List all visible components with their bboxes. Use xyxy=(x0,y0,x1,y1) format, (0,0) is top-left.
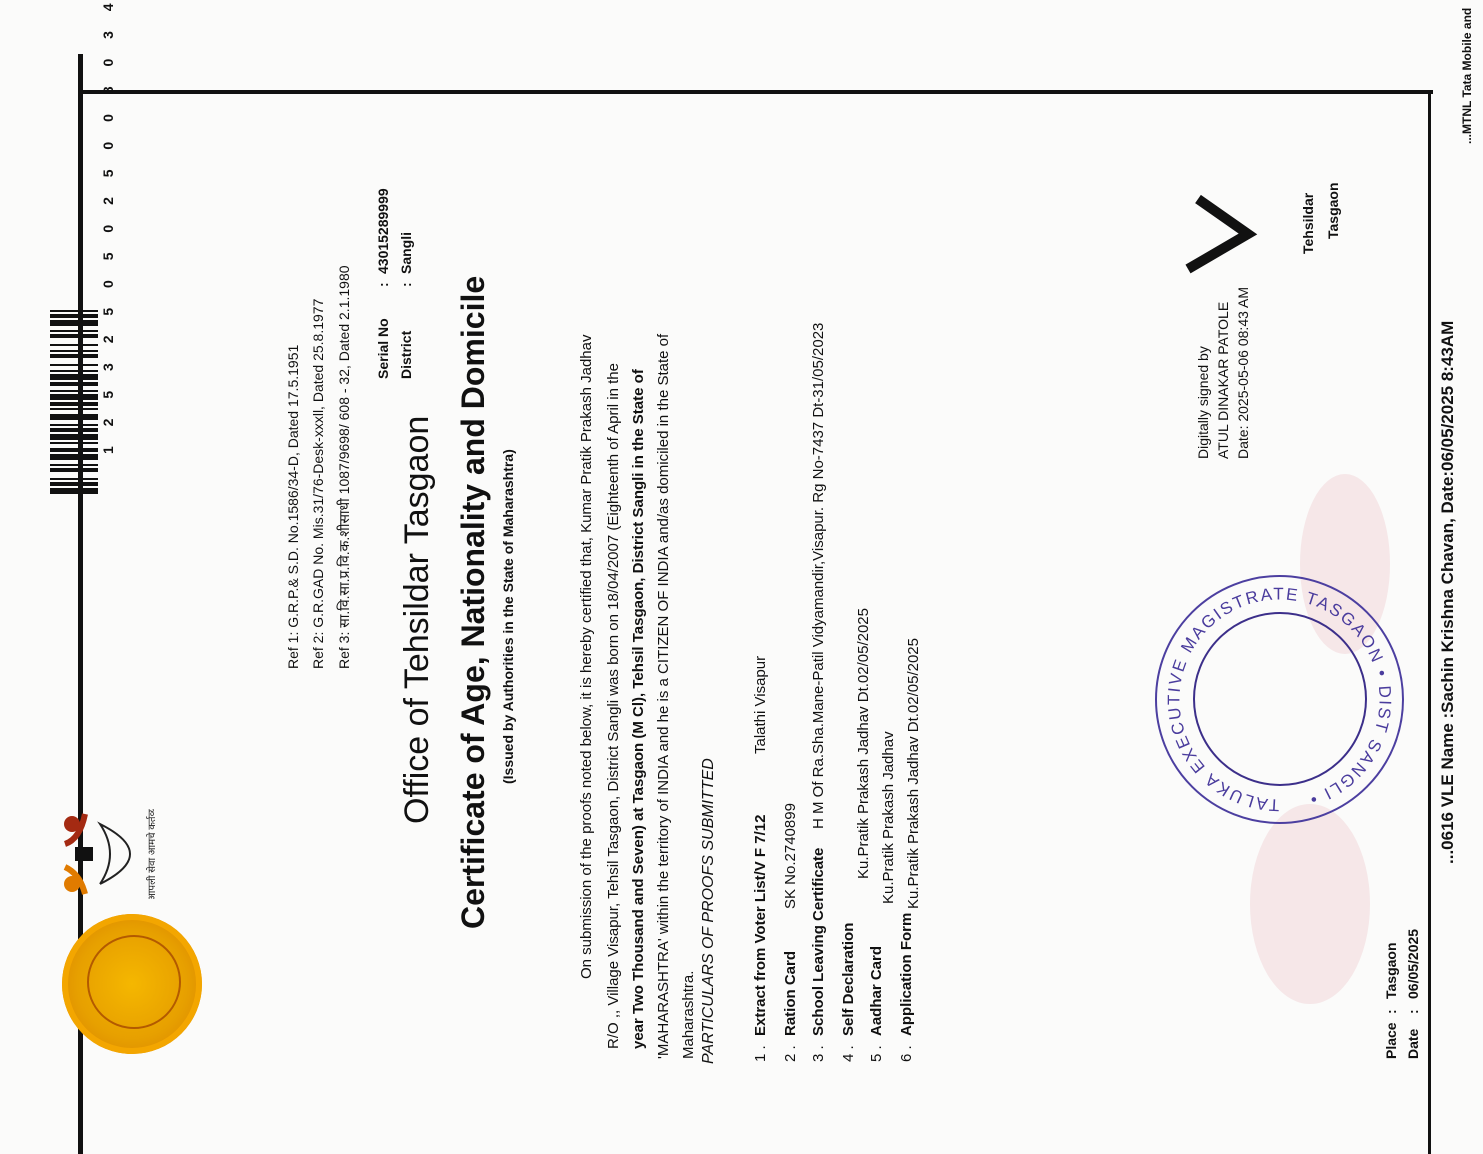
proof-detail: SK No.2740899 xyxy=(782,803,799,909)
ref-1: Ref 1: G.R.P.& S.D. No.1586/34-D, Dated … xyxy=(285,345,301,669)
date-label: Date xyxy=(1405,1029,1421,1059)
aaple-sarkar-logo-icon: आपली सेवा आमचे कर्तव्य xyxy=(60,809,180,899)
proof-name: Self Declaration xyxy=(840,923,857,1036)
date-value: 06/05/2025 xyxy=(1405,929,1421,999)
signatory-place: Tasgaon xyxy=(1325,182,1341,239)
signature-line-2: ATUL DINAKAR PATOLE xyxy=(1215,302,1231,459)
proof-number: 3 . xyxy=(810,1045,827,1062)
office-title: Office of Tehsildar Tasgaon xyxy=(398,416,437,824)
district-label: District xyxy=(398,331,414,379)
svg-text:आपली सेवा आमचे कर्तव्य: आपली सेवा आमचे कर्तव्य xyxy=(146,809,158,899)
place-label: Place xyxy=(1383,1022,1399,1059)
proof-number: 4 . xyxy=(840,1045,857,1062)
certificate-title: Certificate of Age, Nationality and Domi… xyxy=(455,276,492,929)
place-colon: : xyxy=(1383,1009,1399,1014)
magistrate-seal: TALUKA EXECUTIVE MAGISTRATE TASGAON • DI… xyxy=(1155,575,1404,824)
proof-name: Application Form xyxy=(898,913,915,1036)
edge-text: ...MTNL Tata Mobile and xyxy=(1460,8,1474,144)
date-colon: : xyxy=(1405,1009,1421,1014)
district-value: Sangli xyxy=(398,232,414,274)
ref-3: Ref 3: सा.वि.सा.प्र.वि.क.शीसाधी 1087/969… xyxy=(335,265,354,669)
page-border-right xyxy=(78,90,1433,94)
page-border-bottom xyxy=(1428,94,1431,1154)
proof-number: 5 . xyxy=(868,1045,885,1062)
signature-check-icon xyxy=(1178,194,1258,274)
certificate-document: आपली सेवा आमचे कर्तव्य 1 2 5 3 2 5 0 5 0… xyxy=(0,0,1483,1154)
serial-value: 43015289999 xyxy=(375,188,391,274)
proof-number: 6 . xyxy=(898,1045,915,1062)
proof-name: Aadhar Card xyxy=(868,946,885,1036)
proof-name: Ration Card xyxy=(782,951,799,1036)
proof-number: 1 . xyxy=(752,1045,769,1062)
vle-line: ...0616 VLE Name :Sachin Krishna Chavan,… xyxy=(1438,321,1458,864)
proof-detail: H M Of Ra.Sha.Mane-Patil Vidyamandir,Vis… xyxy=(810,323,827,829)
barcode xyxy=(50,184,98,494)
proof-number: 2 . xyxy=(782,1045,799,1062)
proof-name: Extract from Voter List/V F 7/12 xyxy=(752,815,769,1036)
serial-colon: : xyxy=(375,282,391,287)
paragraph-line-4: 'MAHARASHTRA' within the territory of IN… xyxy=(655,334,672,1059)
ref-2: Ref 2: G.R.GAD No. Mis.31/76-Desk-xxxll,… xyxy=(310,299,326,669)
paragraph-line-1: On submission of the proofs noted below,… xyxy=(578,335,595,980)
signature-line-3: Date: 2025-05-06 08:43 AM xyxy=(1235,287,1251,459)
serial-label: Serial No xyxy=(375,318,391,379)
barcode-number: 1 2 5 3 2 5 0 5 0 2 5 0 0 8 0 3 4 2 1 1 xyxy=(100,0,116,454)
place-value: Tasgaon xyxy=(1383,942,1399,999)
proofs-heading: PARTICULARS OF PROOFS SUBMITTED xyxy=(700,758,718,1064)
lion-capital-icon xyxy=(1193,612,1367,786)
certificate-subtitle: (Issued by Authorities in the State of M… xyxy=(500,449,516,784)
proof-name: School Leaving Certificate xyxy=(810,848,827,1036)
district-colon: : xyxy=(398,282,414,287)
signatory-title: Tehsildar xyxy=(1300,193,1316,254)
paragraph-line-5: Maharashtra. xyxy=(680,971,697,1059)
paragraph-line-3: year Two Thousand and Seven) at Tasgaon … xyxy=(630,369,647,1049)
paragraph-line-2: R/O ,, Village Visapur, Tehsil Tasgaon, … xyxy=(605,363,622,1049)
proof-detail: Ku.Pratik Prakash Jadhav Dt.02/05/2025 xyxy=(855,608,872,879)
signature-line-1: Digitally signed by xyxy=(1195,346,1211,459)
maharashtra-emblem-icon xyxy=(62,914,202,1054)
proof-detail: Ku.Pratik Prakash Jadhav Dt.02/05/2025 xyxy=(905,638,922,909)
proof-detail: Talathi Visapur xyxy=(752,656,769,754)
proof-detail: Ku.Pratik Prakash Jadhav xyxy=(880,731,897,904)
